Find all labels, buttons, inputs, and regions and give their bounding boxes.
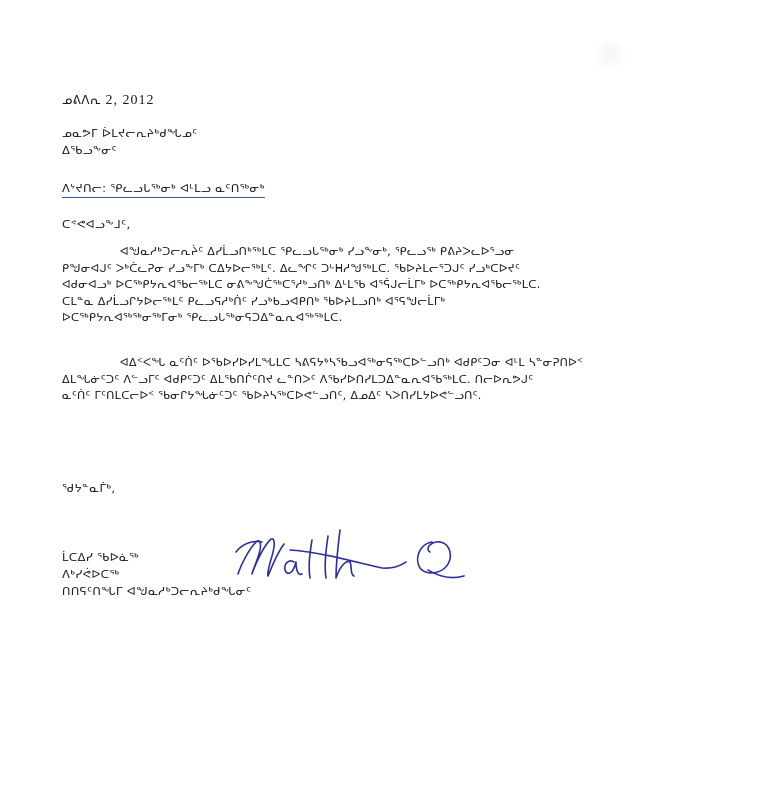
letter-page: ᓄᕕᐱᕆ 2, 2012 ᓄᓇᕗᒥ ᐆᒪᔪᓕᕆᔨᒃᑯᖓᓄᑦ ᐃᖃᓗᖕᓂᑦ ᐱᔾᔪ… [0,0,784,800]
paragraph-line: ᐊᖑᓇᓱᒃᑐᓕᕆᔩᑦ ᐃᓯᒫᓗᑎᒃᖅᒪᑕ ᕿᓚᓗᒐᖅᓂᒃ ᓯᓗᖕᓂᒃ, ᕿᓚᓗᖅ… [62,244,722,261]
handwritten-signature [232,522,472,592]
closing: ᖁᔭᓐᓇᒦᒃ, [62,481,115,496]
scan-smudge [590,40,630,70]
signatory-department: ᑎᑎᕋᑦᑎᖓᒥ ᐊᖑᓇᓱᒃᑐᓕᕆᔨᒃᑯᖓᓂᑦ [62,584,251,599]
signatory-name: ᒫᑕᐃᓯ ᖃᐅᓈᖅ [62,550,139,565]
letter-date: ᓄᕕᐱᕆ 2, 2012 [62,93,154,108]
body-paragraph-2: ᐊᐃᑉᐸᖓ ᓇᑦᑏᑦ ᐅᖃᐅᓯᐅᓯᒪᖓᒪᑕ ᓴᕕᕋᔭᒃᓴᖃᓗᐊᖅᓂᕋᖅᑕᐅᓪᓗᑎ… [62,355,722,405]
body-paragraph-1: ᐊᖑᓇᓱᒃᑐᓕᕆᔩᑦ ᐃᓯᒫᓗᑎᒃᖅᒪᑕ ᕿᓚᓗᒐᖅᓂᒃ ᓯᓗᖕᓂᒃ, ᕿᓚᓗᖅ… [62,244,722,327]
paragraph-line: ᐅᑕᖅᑭᔭᕆᐊᖅᖅᓂᖅᒥᓂᒃ ᕿᓚᓗᒐᖅᓂᕋᑐᐃᓐᓇᕆᐊᖅᖅᒪᑕ. [62,310,722,327]
paragraph-line: ᑭᖑᓂᐊᒍᑦ ᐳᒃᑖᓚᕈᓂ ᓯᓗᖕᒥᒃ ᑕᐃᔭᐅᓕᖅᒪᑦ. ᐃᓚᖏᑦ ᑐᒡᕼᓱᖑ… [62,261,722,278]
recipient-line-1: ᓄᓇᕗᒥ ᐆᒪᔪᓕᕆᔨᒃᑯᖓᓄᑦ [62,126,198,141]
paragraph-line: ᐊᐃᑉᐸᖓ ᓇᑦᑏᑦ ᐅᖃᐅᓯᐅᓯᒪᖓᒪᑕ ᓴᕕᕋᔭᒃᓴᖃᓗᐊᖅᓂᕋᖅᑕᐅᓪᓗᑎ… [62,355,722,372]
paragraph-line: ᑕᒪᓐᓇ ᐃᓯᒫᓗᒋᔭᐅᓕᖅᒪᑦ ᑭᓚᓗᕋᓱᒃᑏᑦ ᓯᓗᒃᑲᓗᐊᑭᑎᒃ ᖃᐅᔨᒪ… [62,294,722,311]
paragraph-line: ᐊᑯᓂᐊᓗᒃ ᐅᑕᖅᑭᔭᕆᐊᖃᓕᖅᒪᑕ ᓂᕕᖕᖑᑖᖅᑕᕐᓱᒃᓗᑎᒃ ᐃᒻᒪᖃ ᐊ… [62,277,722,294]
recipient-line-2: ᐃᖃᓗᖕᓂᑦ [62,143,117,158]
signatory-title: ᐱᒃᓯᕚᐅᑕᖅ [62,567,119,582]
greeting: ᑕᕝᕙᐊᓗᖕᒧᑦ, [62,217,131,232]
subject-line: ᐱᔾᔪᑎᓕ: ᕿᓚᓗᒐᖅᓂᒃ ᐊᒻᒪᓗ ᓇᑦᑎᖅᓂᒃ [62,181,265,198]
date-day-year: 2, 2012 [105,93,154,108]
paragraph-line: ᓇᑦᑏᑦ ᒥᑦᑎᒪᑕᓕᐅᑉ ᖃᓂᒋᔭᖓᓃᑦᑐᑦ ᖃᐅᔨᓴᖅᑕᐅᕙᓪᓗᑎᑦ, ᐃᓄ… [62,388,722,405]
date-month: ᓄᕕᐱᕆ [62,93,101,107]
paragraph-line: ᐃᒪᖓᓃᑦᑐᑦ ᐱᓪᓗᒥᑦ ᐊᑯᑭᑦᑐᑦ ᐃᒪᖃᑎᒌᑦᑎᔪ ᓚᓐᑎᐳᑦ ᐱᖃᓯᐅ… [62,372,722,389]
